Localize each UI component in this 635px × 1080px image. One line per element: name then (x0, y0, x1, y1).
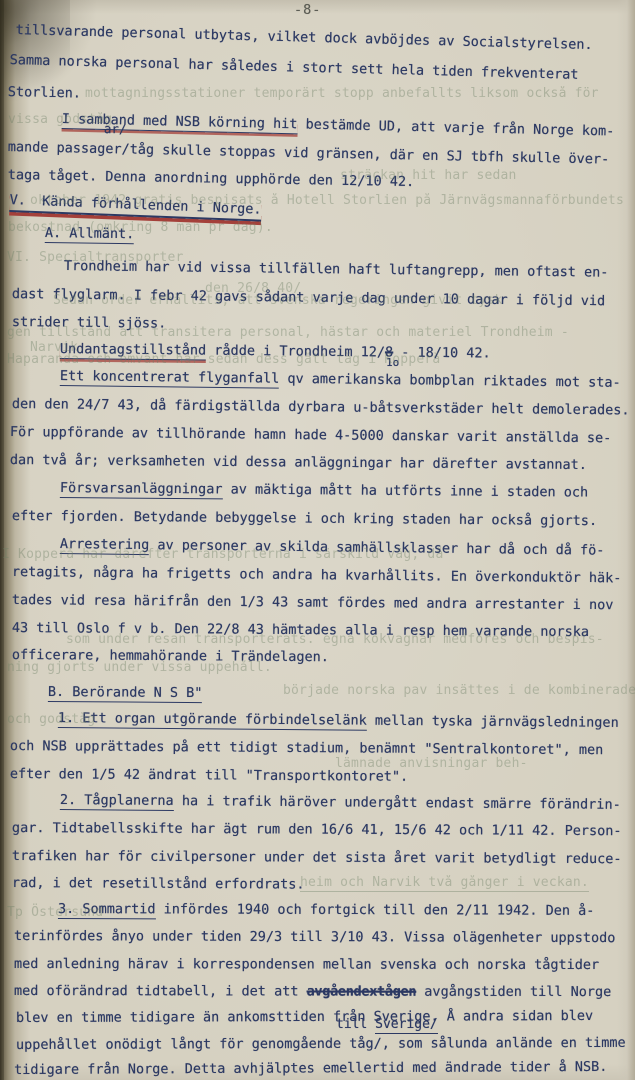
typed-line: Storlien. (8, 84, 81, 103)
typed-line: För uppförande av tillhörande hamn hade … (10, 424, 612, 447)
bleedthrough-line: började norska pav insättes i de kombine… (283, 683, 635, 699)
typed-segment: avgåendextågen (307, 984, 417, 1000)
typed-segment: avgångstiden till Norge (416, 984, 611, 1000)
typed-segment: Samma norska personal har således i stor… (10, 52, 579, 83)
bleedthrough-line: mottagningsstationer temporärt stopp anb… (85, 86, 599, 102)
typed-line: 1. Ett organ utgörande förbindelselänk m… (58, 710, 619, 732)
bleedthrough-line: bekostnad (omkring 8 man pr dag). (8, 220, 273, 236)
typed-segment: 1. Ett organ utgörande förbindelselänk (58, 710, 367, 730)
subsection-heading: B. Berörande N S B" (48, 684, 203, 702)
bleedthrough-line: sträckan hit har sedan (340, 168, 517, 184)
typed-segment: tidigare från Norge. Detta avhjälptes em… (14, 1059, 607, 1078)
typed-line: tidigare från Norge. Detta avhjälptes em… (14, 1059, 607, 1079)
typed-line: tades vid resa härifrån den 1/3 43 samt … (12, 592, 614, 614)
typed-segment: uppehållet onödigt långt för genomgående… (16, 1035, 626, 1053)
typed-segment: För uppförande av tillhörande hamn hade … (10, 424, 612, 446)
typed-segment: Ett koncentrerat flyganfall (60, 368, 280, 388)
bleedthrough-line: vissa godståg (8, 112, 112, 128)
bleedthrough-line: heim och Narvik två gånger i veckan. (300, 875, 589, 892)
bleedthrough-line: och godståg (7, 712, 95, 728)
typed-line: tillsvarande personal utbytas, vilket do… (16, 22, 593, 54)
typed-segment: dan två år; verksamheten vid dessa anläg… (10, 452, 587, 473)
typed-segment: retagits, några ha frigetts och andra ha… (12, 564, 622, 586)
typed-segment: med anledning härav i korrespondensen me… (14, 956, 599, 973)
typed-line: rad, i det resetillstånd erfordrats. (12, 875, 305, 894)
typed-segment: mande passager/tåg skulle stoppas vid gr… (8, 139, 610, 168)
bleedthrough-line: gen tillstånd att transitera personal, h… (7, 325, 569, 341)
typed-line: terinfördes ånyo under tiden 29/3 till 3… (14, 928, 616, 947)
bleedthrough-line: Haparanda och omvänt har sedan dess gått… (7, 352, 440, 368)
typed-segment: tillsvarande personal utbytas, vilket do… (16, 22, 593, 53)
typed-segment: den den 24/7 43, då färdigställda dyrbar… (12, 396, 630, 418)
typed-segment: 2. Tågplanerna (60, 792, 174, 810)
typed-segment: med oförändrad tidtabell, i det att (14, 983, 307, 1000)
typed-segment: gar. Tidtabellsskifte har ägt rum den 16… (12, 820, 622, 839)
typed-line: den den 24/7 43, då färdigställda dyrbar… (12, 396, 630, 419)
typed-line: gar. Tidtabellsskifte har ägt rum den 16… (12, 820, 622, 840)
typed-line: blev en timme tidigare än ankomsttiden f… (16, 1008, 593, 1027)
typed-line: Försvarsanläggningar av mäktiga mått ha … (60, 480, 588, 502)
typed-segment: mellan tyska järnvägsledningen (367, 713, 619, 731)
typed-segment: rad, i det resetillstånd erfordrats. (12, 875, 305, 893)
typed-line: med anledning härav i korrespondensen me… (14, 956, 599, 974)
typed-line: Samma norska personal har således i stor… (10, 52, 579, 84)
typed-line: Ett koncentrerat flyganfall qv amerikans… (60, 368, 621, 392)
typed-line: 2. Tågplanerna ha i trafik häröver under… (60, 792, 621, 814)
typed-segment: B. Berörande N S B" (48, 684, 203, 703)
typed-segment: blev en timme tidigare än ankomsttiden f… (16, 1008, 593, 1026)
typed-segment: efter fjorden. Betydande bebyggelse i oc… (12, 508, 597, 529)
typed-segment: bestämde UD, att varje från Norge kom- (297, 116, 614, 139)
typed-segment: Sverige/ (375, 1017, 438, 1034)
scanned-document-page: -8- tillsvarande personal utbytas, vilke… (0, 0, 635, 1080)
bleedthrough-line: som under resan transporterats. egna kok… (66, 632, 604, 648)
bleedthrough-line: Tp Östersund (7, 905, 103, 921)
typed-line: med oförändrad tidtabell, i det att avgå… (14, 983, 611, 1001)
typed-segment: Storlien. (8, 84, 81, 102)
typed-line: dan två år; verksamheten vid dessa anläg… (10, 452, 587, 474)
bleedthrough-line: VI. Specialtransporter (7, 250, 184, 266)
typed-segment: infördes 1940 och fortgick till den 2/11… (155, 901, 594, 919)
typed-segment: ha i trafik häröver undergått endast smä… (174, 793, 621, 813)
typed-line: retagits, några ha frigetts och andra ha… (12, 564, 622, 587)
typed-segment: qv amerikanska bombplan riktades mot sta… (279, 371, 621, 391)
typed-segment: tades vid resa härifrån den 1/3 43 samt … (12, 592, 614, 613)
typed-line: 3. Sommartid infördes 1940 och fortgick … (58, 901, 595, 920)
typed-line: I samband med NSB körning hit bestämde U… (62, 111, 615, 141)
typed-line: efter fjorden. Betydande bebyggelse i oc… (12, 508, 597, 530)
insertion-correction: till Sverige/ (336, 1016, 438, 1033)
bleedthrough-line: lämnade anvisningar beh- (335, 756, 528, 772)
typed-line: uppehållet onödigt långt för genomgående… (16, 1035, 626, 1054)
typed-segment: till (336, 1017, 375, 1032)
typed-segment: Försvarsanläggningar (60, 480, 223, 499)
bleedthrough-line: ning gjorts under vissa uppehåll. (7, 660, 272, 676)
typed-line: mande passager/tåg skulle stoppas vid gr… (8, 139, 610, 169)
bleedthrough-line: oktober 1942 gratis bespisats å Hotell S… (30, 193, 624, 209)
binding-edge-shadow (0, 0, 4, 1080)
page-number: -8- (294, 2, 321, 18)
bleedthrough-line: Sedan order erhållits, att svenska reger… (53, 293, 503, 309)
typed-segment: trafiken har för civilpersoner under det… (12, 848, 622, 867)
typed-segment: av mäktiga mått ha utförts inne i staden… (222, 481, 588, 500)
typed-line: trafiken har för civilpersoner under det… (12, 848, 622, 868)
bleedthrough-line: I Kopperå har därefter transporterna i s… (2, 547, 443, 563)
typed-segment: terinfördes ånyo under tiden 29/3 till 3… (14, 928, 616, 946)
